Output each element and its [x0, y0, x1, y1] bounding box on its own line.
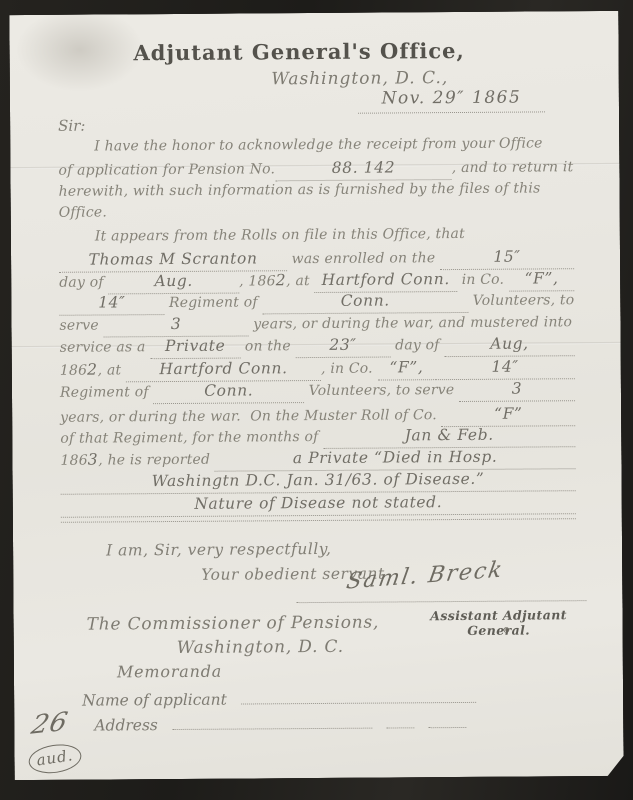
rolls-l3-text-b: , 186	[239, 270, 276, 292]
regiment-state-entry-1: Conn.	[341, 291, 390, 309]
regiment-state-entry-2: Conn.	[204, 381, 253, 399]
muster-place-entry: Hartford Conn.	[159, 359, 287, 378]
signature-blank-line	[296, 587, 586, 603]
rolls-l6-text-b: on the	[240, 335, 295, 357]
rolls-l1-text: It appears from the Rolls on file in thi…	[95, 223, 465, 248]
letter-paper: Adjutant General's Office, Washington, D…	[9, 11, 623, 780]
rolls-l4-text-a: Regiment of	[164, 291, 262, 314]
enroll-month-entry: Aug.	[154, 272, 193, 290]
margin-initials-annotation: aud.	[27, 741, 84, 776]
report-year-entry: 3	[88, 449, 99, 471]
company-entry-1: “F”,	[524, 269, 558, 287]
rolls-l4-text-b: Volunteers, to	[468, 289, 574, 312]
enroll-day-entry: 15″	[493, 248, 520, 266]
applicant-name-label: Name of applicant	[82, 691, 227, 710]
date-blank-line: Nov. 29″ 1865	[358, 87, 545, 113]
company-blank-2: “F”,	[377, 356, 435, 380]
disease-note-blank: Nature of Disease not stated.	[61, 490, 576, 518]
rolls-line-8: Regiment of Conn. Volunteers, to serve 3	[60, 377, 575, 405]
regiment-state-blank-2: Conn.	[153, 379, 304, 404]
receipt-line4-text: Office.	[59, 201, 107, 223]
applicant-name-blank	[241, 684, 476, 705]
rolls-l11-text-a: 186	[60, 450, 87, 472]
address-blank-dash-2	[428, 709, 466, 728]
rolls-l7-text-b: , at	[98, 359, 126, 381]
receipt-line1-text: I have the honor to acknowledge the rece…	[94, 132, 543, 157]
company-entry-2: “F”,	[389, 358, 423, 376]
muster-day-blank: 23″	[295, 333, 390, 358]
muster-year-entry: 2	[87, 359, 98, 381]
rolls-l3-text-c: , at	[286, 270, 314, 292]
service-years-entry-1: 3	[171, 315, 182, 333]
rolls-l8-text-b: Volunteers, to serve	[304, 379, 459, 402]
muster-month-blank: Aug,	[444, 332, 575, 357]
rolls-line-1: It appears from the Rolls on file in thi…	[59, 222, 574, 248]
salutation: Sir:	[58, 117, 85, 135]
applicant-name-row: Name of applicant	[82, 684, 476, 710]
address-label: Address	[94, 716, 158, 734]
printers-mark-icon: ⊛	[503, 626, 511, 636]
rolls-l6-text-c: day of	[390, 334, 444, 356]
address-row: Address	[94, 709, 466, 735]
rolls-l7-text-a: 186	[60, 360, 87, 382]
empty-blank-line	[61, 518, 576, 523]
memoranda-heading: Memoranda	[117, 662, 222, 682]
rank-entry: Private	[165, 337, 226, 355]
receipt-line2-text-a: of application for Pension No.	[58, 158, 275, 182]
pension-number-entry: 88. 142	[332, 158, 395, 176]
muster-day-entry: 23″	[329, 336, 356, 354]
enroll-year-entry: 2	[276, 269, 287, 291]
regiment-number-entry-1: 14″	[98, 293, 125, 311]
address-blank-dash-1	[386, 709, 414, 728]
receipt-paragraph-line-1: I have the honor to acknowledge the rece…	[58, 132, 573, 158]
handwritten-date: Nov. 29″ 1865	[382, 88, 522, 109]
scanned-document-photo: Adjutant General's Office, Washington, D…	[0, 0, 633, 800]
rolls-l8-text-a: Regiment of	[60, 381, 154, 404]
rank-blank: Private	[150, 335, 240, 360]
addressee-line: The Commissioner of Pensions,	[87, 613, 380, 635]
receipt-line2-text-b: , and to return it	[452, 156, 574, 179]
enroll-place-entry: Hartford Conn.	[322, 270, 450, 289]
disease-note-entry: Nature of Disease not stated.	[194, 493, 442, 513]
report-status-entry: a Private “Died in Hosp.	[293, 448, 498, 467]
addressee-text: The Commissioner of Pensions,	[87, 613, 380, 635]
margin-number-annotation: 26	[29, 707, 71, 741]
rolls-l7-text-c: , in Co.	[321, 358, 378, 380]
rolls-line-13: Nature of Disease not stated.	[61, 490, 576, 518]
addressee-city-line: Washington, D. C.	[177, 637, 344, 658]
receipt-paragraph-line-4: Office.	[59, 198, 574, 224]
soldier-name-entry: Thomas M Scranton	[88, 249, 257, 268]
rolls-l3-text-a: day of	[59, 271, 108, 293]
memoranda-text: Memoranda	[117, 662, 222, 682]
signer-title: Assistant Adjutant General.	[408, 607, 588, 638]
service-years-blank-2: 3	[459, 377, 575, 402]
muster-month-entry: Aug,	[490, 335, 529, 353]
closing-respectfully: I am, Sir, very respectfully,	[106, 540, 331, 560]
rolls-l3-text-d: in Co.	[457, 269, 509, 291]
service-years-entry-2: 3	[512, 380, 523, 398]
muster-roll-company-entry: “F”	[494, 405, 523, 423]
report-months-entry: Jan & Feb.	[405, 426, 494, 445]
rolls-l2-text: was enrolled on the	[287, 247, 440, 270]
office-city-line: Washington, D. C.,	[210, 68, 510, 90]
address-blank	[172, 710, 372, 730]
rolls-l11-text-b: , he is reported	[98, 449, 215, 472]
regiment-number-entry-2: 14″	[491, 358, 518, 376]
office-title: Adjutant General's Office,	[10, 37, 589, 66]
regiment-number-blank-1: 14″	[59, 291, 164, 316]
rolls-l10-text: of that Regiment, for the months of	[60, 426, 323, 450]
rolls-l6-text-a: service as a	[60, 336, 151, 359]
rolls-line-14-empty	[61, 518, 576, 523]
addressee-city-text: Washington, D. C.	[177, 637, 344, 658]
report-detail-entry: Washingtn D.C. Jan. 31/63. of Disease.”	[152, 470, 485, 490]
rolls-l5-text-a: serve	[59, 314, 103, 336]
